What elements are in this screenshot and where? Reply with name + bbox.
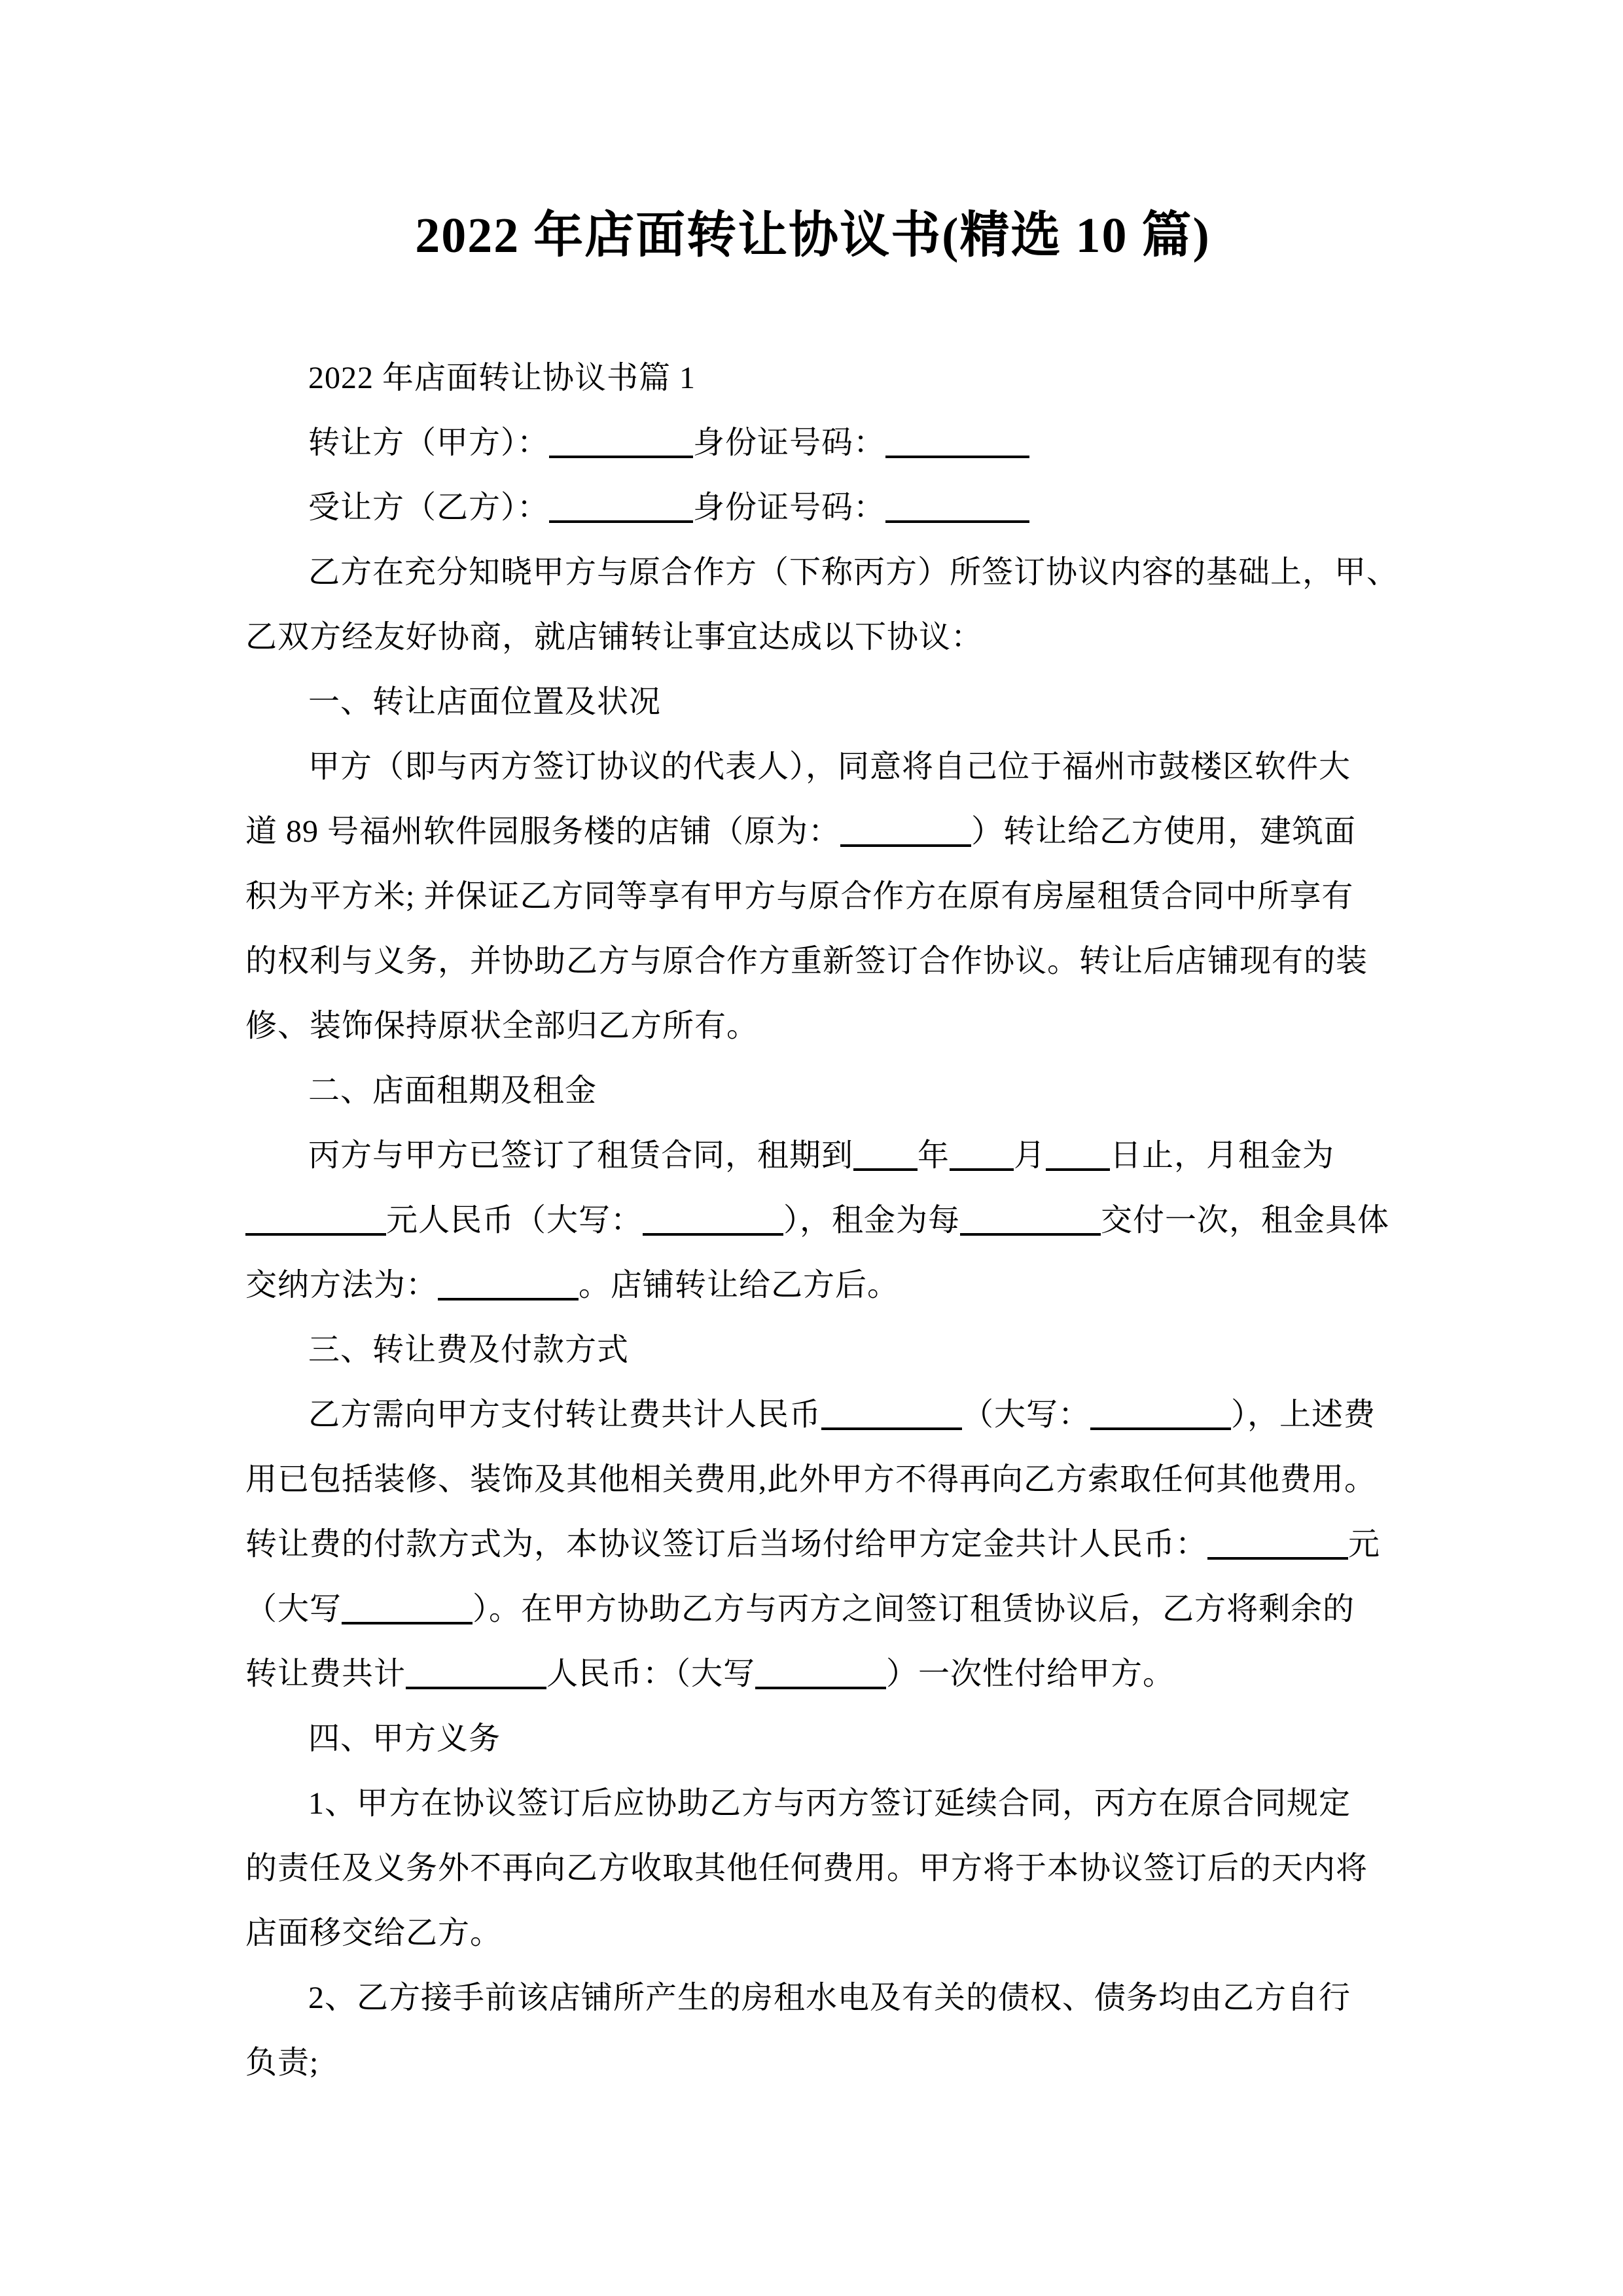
text-segment: 交纳方法为：: [245, 1268, 438, 1302]
text-segment: ）。在甲方协助乙方与丙方之间签订租赁协议后，乙方将剩余的: [473, 1592, 1355, 1626]
text-segment: 四、甲方义务: [308, 1721, 501, 1756]
document-line: 丙方与甲方已签订了租赁合同，租期到年月日止，月租金为: [245, 1123, 1384, 1188]
text-segment: 2、乙方接手前该店铺所产生的房租水电及有关的债权、债务均由乙方自行: [308, 1981, 1351, 2015]
document-line: 2022 年店面转让协议书篇 1: [245, 346, 1384, 410]
text-segment: 日止，月租金为: [1110, 1138, 1334, 1173]
document-line: 转让方（甲方）：身份证号码：: [245, 410, 1384, 475]
document-line: 道 89 号福州软件园服务楼的店铺（原为：）转让给乙方使用，建筑面: [245, 799, 1384, 864]
document-line: 2、乙方接手前该店铺所产生的房租水电及有关的债权、债务均由乙方自行: [245, 1965, 1384, 2030]
text-segment: 。店铺转让给乙方后。: [579, 1268, 899, 1302]
document-lines: 2022 年店面转让协议书篇 1转让方（甲方）：身份证号码：受让方（乙方）：身份…: [245, 346, 1384, 2095]
text-segment: 乙双方经友好协商，就店铺转让事宜达成以下协议：: [245, 620, 983, 655]
document-line: 的责任及义务外不再向乙方收取其他任何费用。甲方将于本协议签订后的天内将: [245, 1836, 1384, 1901]
fill-in-blank: [1046, 1139, 1110, 1171]
fill-in-blank: [406, 1658, 546, 1689]
fill-in-blank: [950, 1139, 1014, 1171]
document-line: 元人民币（大写：），租金为每交付一次，租金具体: [245, 1188, 1384, 1253]
document-line: 修、装饰保持原状全部归乙方所有。: [245, 994, 1384, 1058]
document-line: 乙方需向甲方支付转让费共计人民币（大写：），上述费: [245, 1382, 1384, 1447]
fill-in-blank: [755, 1658, 886, 1689]
document-line: 转让费的付款方式为，本协议签订后当场付给甲方定金共计人民币：元: [245, 1512, 1384, 1577]
text-segment: 乙方需向甲方支付转让费共计人民币: [308, 1397, 821, 1432]
text-segment: 一、转让店面位置及状况: [308, 685, 661, 719]
text-segment: 月: [1014, 1138, 1046, 1173]
text-segment: 交付一次，租金具体: [1101, 1203, 1389, 1238]
document-line: （大写）。在甲方协助乙方与丙方之间签订租赁协议后，乙方将剩余的: [245, 1577, 1384, 1641]
fill-in-blank: [245, 1204, 386, 1236]
document-line: 一、转让店面位置及状况: [245, 670, 1384, 734]
text-segment: 2022 年店面转让协议书篇 1: [308, 361, 696, 395]
document-line: 甲方（即与丙方签订协议的代表人），同意将自己位于福州市鼓楼区软件大: [245, 734, 1384, 799]
fill-in-blank: [1090, 1399, 1231, 1430]
document-line: 负责;: [245, 2030, 1384, 2095]
document-title: 2022 年店面转让协议书(精选 10 篇): [243, 196, 1382, 275]
fill-in-blank: [1207, 1528, 1348, 1560]
text-segment: 二、店面租期及租金: [308, 1073, 597, 1108]
text-segment: ），上述费: [1231, 1397, 1376, 1432]
text-segment: ）转让给乙方使用，建筑面: [971, 814, 1356, 849]
fill-in-blank: [438, 1269, 579, 1300]
text-segment: 转让费共计: [245, 1657, 406, 1691]
text-segment: 道 89 号福州软件园服务楼的店铺（原为：: [245, 814, 840, 849]
document-line: 用已包括装修、装饰及其他相关费用,此外甲方不得再向乙方索取任何其他费用。: [245, 1447, 1384, 1512]
text-segment: 丙方与甲方已签订了租赁合同，租期到: [308, 1138, 853, 1173]
text-segment: 身份证号码：: [693, 425, 885, 460]
document-line: 交纳方法为：。店铺转让给乙方后。: [245, 1253, 1384, 1318]
text-segment: 店面移交给乙方。: [245, 1916, 502, 1950]
text-segment: 元: [1348, 1527, 1380, 1562]
fill-in-blank: [643, 1204, 783, 1236]
text-segment: 三、转让费及付款方式: [308, 1333, 629, 1367]
fill-in-blank: [342, 1593, 473, 1624]
fill-in-blank: [821, 1399, 962, 1430]
document-line: 三、转让费及付款方式: [245, 1318, 1384, 1382]
text-segment: 负责;: [245, 2045, 319, 2080]
text-segment: 受让方（乙方）：: [308, 490, 549, 525]
document-line: 店面移交给乙方。: [245, 1901, 1384, 1965]
text-segment: 修、装饰保持原状全部归乙方所有。: [245, 1009, 758, 1043]
text-segment: ），租金为每: [783, 1203, 960, 1238]
text-segment: 年: [918, 1138, 950, 1173]
text-segment: 甲方（即与丙方签订协议的代表人），同意将自己位于福州市鼓楼区软件大: [308, 749, 1351, 784]
fill-in-blank: [549, 427, 693, 458]
document-line: 二、店面租期及租金: [245, 1058, 1384, 1123]
document-page: 2022 年店面转让协议书(精选 10 篇) 2022 年店面转让协议书篇 1转…: [0, 0, 1623, 2296]
document-line: 乙方在充分知晓甲方与原合作方（下称丙方）所签订协议内容的基础上，甲、: [245, 540, 1384, 605]
document-line: 积为平方米; 并保证乙方同等享有甲方与原合作方在原有房屋租赁合同中所享有: [245, 864, 1384, 929]
text-segment: 的责任及义务外不再向乙方收取其他任何费用。甲方将于本协议签订后的天内将: [245, 1851, 1368, 1886]
text-segment: 的权利与义务，并协助乙方与原合作方重新签订合作协议。转让后店铺现有的装: [245, 944, 1368, 978]
text-segment: （大写: [245, 1592, 342, 1626]
document-line: 1、甲方在协议签订后应协助乙方与丙方签订延续合同，丙方在原合同规定: [245, 1771, 1384, 1836]
text-segment: 转让费的付款方式为，本协议签订后当场付给甲方定金共计人民币：: [245, 1527, 1207, 1562]
document-line: 的权利与义务，并协助乙方与原合作方重新签订合作协议。转让后店铺现有的装: [245, 929, 1384, 994]
document-line: 乙双方经友好协商，就店铺转让事宜达成以下协议：: [245, 605, 1384, 670]
text-segment: 用已包括装修、装饰及其他相关费用,此外甲方不得再向乙方索取任何其他费用。: [245, 1462, 1376, 1497]
fill-in-blank: [853, 1139, 918, 1171]
fill-in-blank: [960, 1204, 1101, 1236]
text-segment: ）一次性付给甲方。: [886, 1657, 1175, 1691]
fill-in-blank: [549, 492, 693, 523]
text-segment: 人民币：（大写: [546, 1657, 755, 1691]
text-segment: （大写：: [962, 1397, 1090, 1432]
document-line: 四、甲方义务: [245, 1706, 1384, 1771]
document-line: 受让方（乙方）：身份证号码：: [245, 475, 1384, 540]
text-segment: 转让方（甲方）：: [308, 425, 549, 460]
fill-in-blank: [885, 492, 1029, 523]
text-segment: 乙方在充分知晓甲方与原合作方（下称丙方）所签订协议内容的基础上，甲、: [308, 555, 1399, 590]
text-segment: 积为平方米; 并保证乙方同等享有甲方与原合作方在原有房屋租赁合同中所享有: [245, 879, 1353, 914]
text-segment: 元人民币（大写：: [386, 1203, 643, 1238]
document-body: 2022 年店面转让协议书篇 1转让方（甲方）：身份证号码：受让方（乙方）：身份…: [245, 346, 1384, 2095]
fill-in-blank: [840, 816, 971, 847]
text-segment: 1、甲方在协议签订后应协助乙方与丙方签订延续合同，丙方在原合同规定: [308, 1786, 1351, 1821]
document-line: 转让费共计人民币：（大写）一次性付给甲方。: [245, 1641, 1384, 1706]
text-segment: 身份证号码：: [693, 490, 885, 525]
fill-in-blank: [885, 427, 1029, 458]
